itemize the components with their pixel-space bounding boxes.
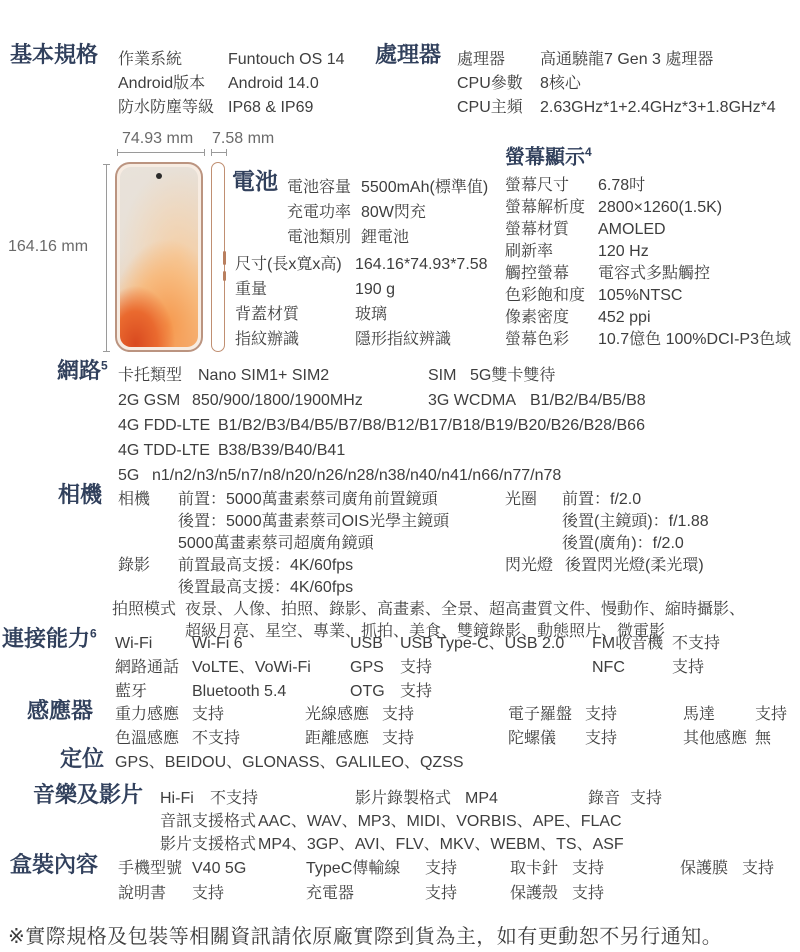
- spec-label: 防水防塵等級: [118, 98, 214, 117]
- spec-value: AAC、WAV、MP3、MIDI、VORBIS、APE、FLAC: [258, 812, 622, 831]
- spec-value: 前置最高支援：4K/60fps: [178, 556, 353, 575]
- spec-label: 相機: [118, 490, 150, 509]
- spec-value: 5500mAh(標準值): [361, 178, 488, 197]
- width-measure-line: [117, 149, 205, 156]
- spec-value: 電容式多點觸控: [598, 264, 710, 283]
- spec-label: Hi-Fi: [160, 789, 194, 808]
- thickness-measure-line: [211, 149, 227, 156]
- spec-value: 支持: [672, 658, 704, 677]
- volume-button: [223, 251, 226, 265]
- spec-label: 色溫感應: [115, 729, 179, 748]
- spec-label: 馬達: [683, 705, 715, 724]
- section-title-sensors: 感應器: [27, 698, 93, 723]
- spec-label: 電池類別: [287, 228, 351, 247]
- spec-value: 支持: [572, 884, 604, 903]
- spec-value: 玻璃: [355, 305, 387, 324]
- spec-value: MP4: [465, 789, 498, 808]
- display-title-footnote: 4: [585, 145, 592, 159]
- spec-value: 夜景、人像、拍照、錄影、高畫素、全景、超高畫質文件、慢動作、縮時攝影、: [185, 600, 745, 619]
- spec-value: 鋰電池: [361, 228, 409, 247]
- spec-value: 支持: [382, 705, 414, 724]
- spec-value: 後置(廣角)：f/2.0: [562, 534, 684, 553]
- spec-label: 影片支援格式: [160, 835, 256, 854]
- spec-value: USB Type-C、USB 2.0: [400, 634, 564, 653]
- spec-label: 錄音: [588, 789, 620, 808]
- spec-label: 保護殼: [510, 884, 558, 903]
- section-title-connectivity: 連接能力6: [2, 626, 97, 651]
- spec-value: 支持: [630, 789, 662, 808]
- disclaimer-text: ※實際規格及包裝等相關資訊請依原廠實際到貨為主，如有更動恕不另行通知。: [8, 920, 722, 949]
- spec-label: 色彩飽和度: [505, 286, 585, 305]
- spec-label: 閃光燈: [505, 556, 553, 575]
- spec-value: 5000萬畫素蔡司超廣角鏡頭: [178, 534, 374, 553]
- spec-label: TypeC傳輸線: [306, 859, 400, 878]
- section-title-network: 網路5: [57, 358, 108, 383]
- spec-label: 指紋辦識: [235, 330, 299, 349]
- spec-label: 光線感應: [305, 705, 369, 724]
- spec-value: 隱形指紋辨識: [355, 330, 451, 349]
- spec-label: Wi-Fi: [115, 634, 152, 653]
- spec-value: VoLTE、VoWi-Fi: [192, 658, 311, 677]
- spec-label: 說明書: [118, 884, 166, 903]
- spec-value: 2.63GHz*1+2.4GHz*3+1.8GHz*4: [540, 98, 776, 117]
- spec-value: IP68 & IP69: [228, 98, 313, 117]
- spec-value: 不支持: [192, 729, 240, 748]
- spec-value: 5G雙卡雙待: [470, 366, 555, 385]
- section-title-battery: 電池: [232, 168, 278, 194]
- spec-label: 螢幕色彩: [505, 330, 569, 349]
- spec-value: Wi-Fi 6: [192, 634, 243, 653]
- punch-hole-camera-icon: [156, 173, 162, 179]
- spec-label: 5G: [118, 466, 139, 485]
- spec-label: FM收音機: [592, 634, 663, 653]
- spec-value: B1/B2/B4/B5/B8: [530, 391, 646, 410]
- spec-value: 後置：5000萬畫素蔡司OIS光學主鏡頭: [178, 512, 449, 531]
- spec-value: 2800×1260(1.5K): [598, 198, 722, 217]
- spec-value: 80W閃充: [361, 203, 426, 222]
- display-title-text: 螢幕顯示: [505, 147, 585, 169]
- spec-value: 支持: [585, 729, 617, 748]
- spec-label: NFC: [592, 658, 625, 677]
- spec-value: Android 14.0: [228, 74, 319, 93]
- spec-label: 陀螺儀: [508, 729, 556, 748]
- spec-value: B1/B2/B3/B4/B5/B7/B8/B12/B17/B18/B19/B20…: [218, 416, 645, 435]
- spec-label: 2G GSM: [118, 391, 180, 410]
- spec-label: 音訊支援格式: [160, 812, 256, 831]
- spec-label: 重量: [235, 280, 267, 299]
- spec-label: CPU主頻: [457, 98, 523, 117]
- spec-value: AMOLED: [598, 220, 666, 239]
- phone-front-image: [115, 162, 203, 352]
- spec-label: 觸控螢幕: [505, 264, 569, 283]
- spec-value: 120 Hz: [598, 242, 649, 261]
- spec-value: 8核心: [540, 74, 581, 93]
- spec-label: 影片錄製格式: [355, 789, 451, 808]
- spec-label: 電池容量: [287, 178, 351, 197]
- spec-label: 像素密度: [505, 308, 569, 327]
- spec-label: GPS: [350, 658, 384, 677]
- section-title-basic: 基本規格: [10, 42, 98, 67]
- spec-label: Android版本: [118, 74, 205, 93]
- spec-value: 10.7億色 100%DCI-P3色域: [598, 330, 791, 349]
- spec-label: 螢幕材質: [505, 220, 569, 239]
- spec-value: 850/900/1800/1900MHz: [192, 391, 363, 410]
- spec-label: 3G WCDMA: [428, 391, 516, 410]
- spec-value: 支持: [192, 705, 224, 724]
- spec-label: 背蓋材質: [235, 305, 299, 324]
- section-title-camera: 相機: [58, 482, 102, 507]
- spec-value: 不支持: [210, 789, 258, 808]
- spec-label: USB: [350, 634, 383, 653]
- spec-label: 4G TDD-LTE: [118, 441, 210, 460]
- section-title-display: 螢幕顯示4: [505, 146, 592, 170]
- height-measure-line: [103, 164, 110, 352]
- phone-side-image: [211, 162, 225, 352]
- spec-value: B38/B39/B40/B41: [218, 441, 345, 460]
- spec-label: SIM: [428, 366, 456, 385]
- spec-label: 螢幕解析度: [505, 198, 585, 217]
- section-title-box: 盒裝內容: [10, 852, 98, 877]
- spec-value: 後置(主鏡頭)：f/1.88: [562, 512, 709, 531]
- spec-label: 充電器: [306, 884, 354, 903]
- spec-label: 藍牙: [115, 682, 147, 701]
- spec-value: 支持: [425, 859, 457, 878]
- section-title-processor: 處理器: [375, 42, 441, 67]
- section-title-positioning: 定位: [60, 746, 104, 771]
- height-dimension-label: 164.16 mm: [8, 238, 88, 256]
- spec-label: 拍照模式: [112, 600, 176, 619]
- spec-value: 190 g: [355, 280, 395, 299]
- spec-label: 光圈: [505, 490, 537, 509]
- spec-label: 手機型號: [118, 859, 182, 878]
- spec-value: V40 5G: [192, 859, 246, 878]
- spec-value: 支持: [585, 705, 617, 724]
- connectivity-title-footnote: 6: [90, 627, 97, 641]
- thickness-dimension-label: 7.58 mm: [212, 130, 274, 148]
- spec-value: Funtouch OS 14: [228, 50, 345, 69]
- spec-label: 作業系統: [118, 50, 182, 69]
- spec-label: 卡托類型: [118, 366, 182, 385]
- spec-label: 錄影: [118, 556, 150, 575]
- spec-value: 不支持: [672, 634, 720, 653]
- spec-label: 取卡針: [510, 859, 558, 878]
- spec-label: OTG: [350, 682, 385, 701]
- spec-value: Nano SIM1+ SIM2: [198, 366, 329, 385]
- network-title-footnote: 5: [101, 359, 108, 373]
- spec-value: 支持: [425, 884, 457, 903]
- connectivity-title-text: 連接能力: [2, 626, 90, 651]
- spec-label: 保護膜: [680, 859, 728, 878]
- spec-value: 6.78吋: [598, 176, 645, 195]
- spec-label: 其他感應: [683, 729, 747, 748]
- spec-value: 支持: [400, 682, 432, 701]
- spec-value: 452 ppi: [598, 308, 651, 327]
- spec-label: 螢幕尺寸: [505, 176, 569, 195]
- spec-value: 支持: [572, 859, 604, 878]
- spec-value: 支持: [400, 658, 432, 677]
- spec-label: 刷新率: [505, 242, 553, 261]
- spec-value: 無: [755, 729, 771, 748]
- spec-value: 前置：5000萬畫素蔡司廣角前置鏡頭: [178, 490, 438, 509]
- network-title-text: 網路: [57, 358, 101, 383]
- spec-value: n1/n2/n3/n5/n7/n8/n20/n26/n28/n38/n40/n4…: [152, 466, 561, 485]
- spec-label: 4G FDD-LTE: [118, 416, 210, 435]
- spec-value: 後置閃光燈(柔光環): [565, 556, 704, 575]
- spec-value: 支持: [742, 859, 774, 878]
- section-title-media: 音樂及影片: [33, 782, 143, 807]
- spec-value: 支持: [755, 705, 787, 724]
- spec-label: 處理器: [457, 50, 505, 69]
- spec-label: 距離感應: [305, 729, 369, 748]
- phone-wallpaper: [120, 167, 198, 347]
- spec-value: Bluetooth 5.4: [192, 682, 286, 701]
- spec-label: CPU參數: [457, 74, 523, 93]
- spec-label: 網路通話: [115, 658, 179, 677]
- spec-value: 高通驍龍7 Gen 3 處理器: [540, 50, 713, 69]
- power-button: [223, 271, 226, 281]
- spec-value: 前置：f/2.0: [562, 490, 641, 509]
- width-dimension-label: 74.93 mm: [122, 130, 193, 148]
- spec-value: 164.16*74.93*7.58: [355, 255, 488, 274]
- spec-label: 電子羅盤: [508, 705, 572, 724]
- spec-value: 支持: [192, 884, 224, 903]
- spec-label: 尺寸(長x寬x高): [235, 255, 342, 274]
- spec-value: 105%NTSC: [598, 286, 682, 305]
- spec-label: 重力感應: [115, 705, 179, 724]
- spec-sheet: { "colors":{"head":"#31405c","body":"#3e…: [0, 0, 800, 952]
- spec-label: 充電功率: [287, 203, 351, 222]
- spec-value: GPS、BEIDOU、GLONASS、GALILEO、QZSS: [115, 753, 464, 772]
- spec-value: MP4、3GP、AVI、FLV、MKV、WEBM、TS、ASF: [258, 835, 624, 854]
- spec-value: 支持: [382, 729, 414, 748]
- spec-value: 後置最高支援：4K/60fps: [178, 578, 353, 597]
